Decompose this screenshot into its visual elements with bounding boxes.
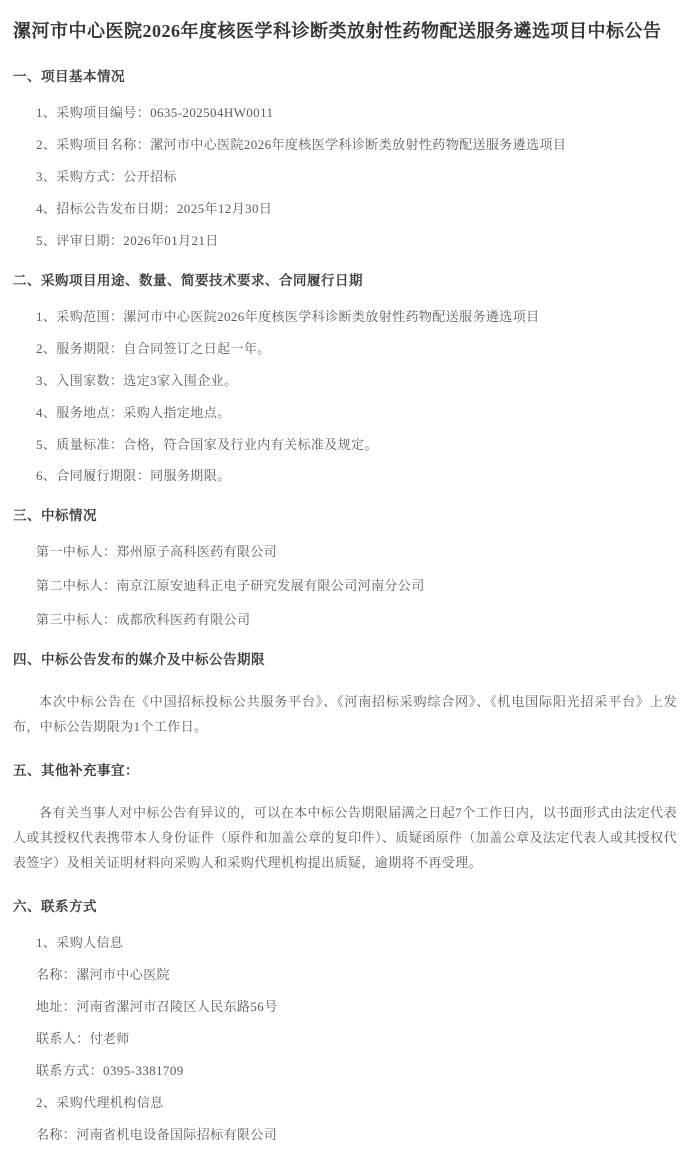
list-item-second-winner: 第二中标人：南京江原安迪科正电子研究发展有限公司河南分公司 bbox=[36, 579, 677, 594]
section-heading-4: 四、中标公告发布的媒介及中标公告期限 bbox=[13, 648, 677, 668]
list-item-project-name: 2、采购项目名称：漯河市中心医院2026年度核医学科诊断类放射性药物配送服务遴选… bbox=[36, 138, 677, 153]
section-heading-5: 五、其他补充事宜： bbox=[13, 759, 677, 779]
list-item-contract-period: 6、合同履行期限：同服务期限。 bbox=[36, 469, 677, 484]
list-item-shortlist-count: 3、入围家数：选定3家入围企业。 bbox=[36, 374, 677, 389]
section-heading-6: 六、联系方式 bbox=[13, 895, 677, 915]
list-item-procurement-method: 3、采购方式：公开招标 bbox=[36, 170, 677, 185]
list-item-tender-notice-date: 4、招标公告发布日期：2025年12月30日 bbox=[36, 202, 677, 217]
section-supplementary-matters: 五、其他补充事宜： 各有关当事人对中标公告有异议的，可以在本中标公告期限届满之日… bbox=[13, 759, 677, 875]
list-item-purchaser-contact-person: 联系人：付老师 bbox=[36, 1032, 677, 1047]
list-item-agency-info-label: 2、采购代理机构信息 bbox=[36, 1096, 677, 1111]
list-item-purchaser-info-label: 1、采购人信息 bbox=[36, 936, 677, 951]
section-project-requirements: 二、采购项目用途、数量、简要技术要求、合同履行日期 1、采购范围：漯河市中心医院… bbox=[13, 269, 677, 485]
list-item-third-winner: 第三中标人：成都欣科医药有限公司 bbox=[36, 613, 677, 628]
page-title: 漯河市中心医院2026年度核医学科诊断类放射性药物配送服务遴选项目中标公告 bbox=[13, 18, 677, 44]
section-project-basic-info: 一、项目基本情况 1、采购项目编号：0635-202504HW0011 2、采购… bbox=[13, 65, 677, 249]
list-item-project-number: 1、采购项目编号：0635-202504HW0011 bbox=[36, 106, 677, 121]
section-heading-3: 三、中标情况 bbox=[13, 504, 677, 524]
list-item-first-winner: 第一中标人：郑州原子高科医药有限公司 bbox=[36, 545, 677, 560]
section-heading-2: 二、采购项目用途、数量、简要技术要求、合同履行日期 bbox=[13, 269, 677, 289]
section-heading-1: 一、项目基本情况 bbox=[13, 65, 677, 85]
paragraph-announcement-media: 本次中标公告在《中国招标投标公共服务平台》、《河南招标采购综合网》、《机电国际阳… bbox=[13, 689, 677, 739]
list-item-procurement-scope: 1、采购范围：漯河市中心医院2026年度核医学科诊断类放射性药物配送服务遴选项目 bbox=[36, 310, 677, 325]
bid-award-announcement-document: 漯河市中心医院2026年度核医学科诊断类放射性药物配送服务遴选项目中标公告 一、… bbox=[0, 0, 690, 1174]
paragraph-objection-procedure: 各有关当事人对中标公告有异议的，可以在本中标公告期限届满之日起7个工作日内，以书… bbox=[13, 800, 677, 875]
section-contact-info: 六、联系方式 1、采购人信息 名称：漯河市中心医院 地址：河南省漯河市召陵区人民… bbox=[13, 895, 677, 1143]
section-announcement-media: 四、中标公告发布的媒介及中标公告期限 本次中标公告在《中国招标投标公共服务平台》… bbox=[13, 648, 677, 739]
list-item-review-date: 5、评审日期：2026年01月21日 bbox=[36, 234, 677, 249]
list-item-purchaser-address: 地址：河南省漯河市召陵区人民东路56号 bbox=[36, 1000, 677, 1015]
list-item-quality-standard: 5、质量标准：合格，符合国家及行业内有关标准及规定。 bbox=[36, 438, 677, 453]
list-item-agency-name: 名称：河南省机电设备国际招标有限公司 bbox=[36, 1128, 677, 1143]
list-item-service-period: 2、服务期限：自合同签订之日起一年。 bbox=[36, 342, 677, 357]
list-item-purchaser-phone: 联系方式：0395-3381709 bbox=[36, 1064, 677, 1079]
list-item-purchaser-name: 名称：漯河市中心医院 bbox=[36, 968, 677, 983]
section-award-result: 三、中标情况 第一中标人：郑州原子高科医药有限公司 第二中标人：南京江原安迪科正… bbox=[13, 504, 677, 628]
list-item-service-location: 4、服务地点：采购人指定地点。 bbox=[36, 406, 677, 421]
